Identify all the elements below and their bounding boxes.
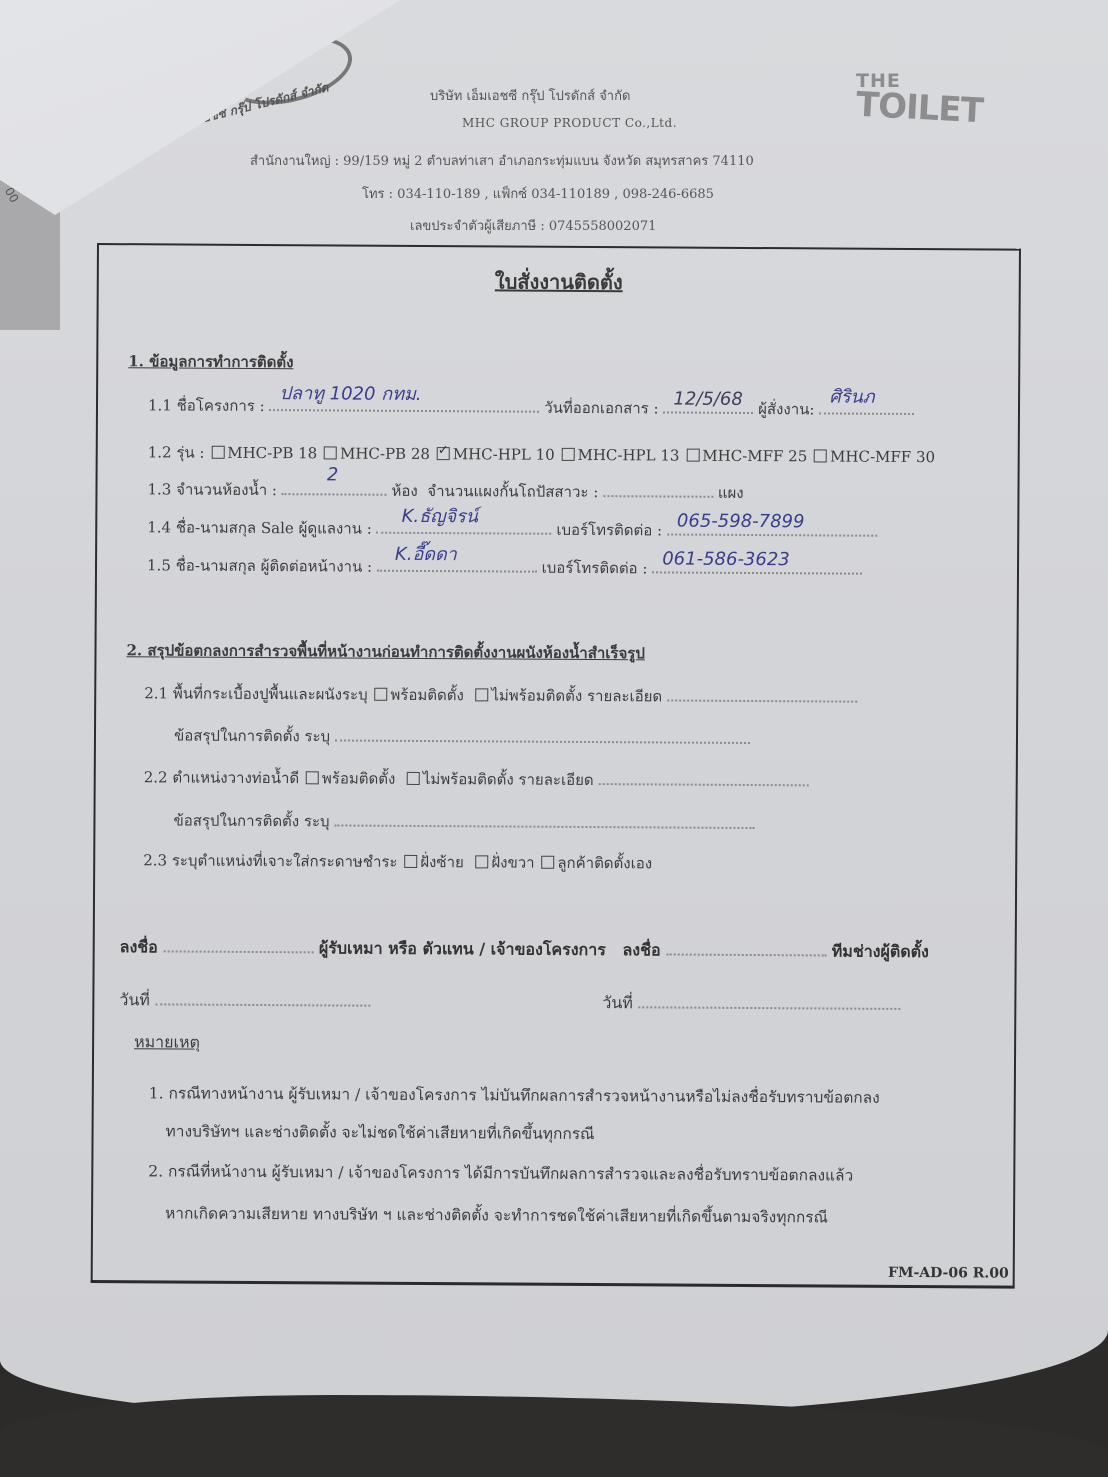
contractor-date-field[interactable] (155, 989, 370, 1006)
note-1-line-2: ทางบริษัทฯ และช่างติดตั้ง จะไม่ชดใช้ค่าเ… (166, 1118, 595, 1146)
ordered-by-field[interactable]: ศิรินภ (819, 398, 914, 415)
contact-name-field[interactable]: K.อี๊ดดา (377, 556, 537, 573)
form-frame: ใบสั่งงานติดตั้ง 1. ข้อมูลการทำการติดตั้… (91, 243, 1021, 1289)
model-option[interactable]: MHC-MFF 30 (812, 447, 935, 466)
section-2-heading: 2. สรุปข้อตกลงการสำรวจพื้นที่หน้างานก่อน… (126, 638, 645, 665)
contact-row: 1.5 ชื่อ-นามสกุล ผู้ติดต่อหน้างาน : K.อี… (147, 553, 862, 581)
date-row-right: วันที่ (602, 991, 900, 1018)
item-2-1-detail-field[interactable] (667, 685, 857, 702)
item-2-2-summary-row: ข้อสรุปในการติดตั้ง ระบุ (173, 808, 754, 836)
item-2-1-row: 2.1 พื้นที่กระเบื้องปูพื้นและผนังระบุ พร… (144, 681, 857, 709)
model-option[interactable]: MHC-HPL 10 (435, 445, 555, 464)
contact-phone-field[interactable]: 061-586-3623 (652, 557, 862, 574)
installer-signature-field[interactable] (666, 939, 826, 956)
company-address: สำนักงานใหญ่ : 99/159 หมู่ 2 ตำบลท่าเสา … (250, 150, 754, 171)
checkbox-left-side[interactable] (404, 855, 417, 868)
signature-row: ลงชื่อ ผู้รับเหมา หรือ ตัวแทน / เจ้าของโ… (120, 935, 929, 965)
model-option[interactable]: MHC-HPL 13 (559, 446, 679, 465)
company-phone: โทร : 034-110-189 , แฟ็กซ์ 034-110189 , … (362, 183, 714, 204)
item-2-2-row: 2.2 ตำแหน่งวางท่อน้ำดี พร้อมติดตั้ง ไม่พ… (144, 765, 809, 793)
model-option[interactable]: MHC-MFF 25 (684, 447, 807, 466)
item-2-2-summary-field[interactable] (334, 810, 754, 829)
note-2-line-1: 2. กรณีที่หน้างาน ผู้รับเหมา / เจ้าของโค… (148, 1158, 853, 1187)
form-code: FM-AD-06 R.00 (888, 1265, 1009, 1282)
sale-phone-field[interactable]: 065-598-7899 (667, 519, 877, 536)
project-name-row: 1.1 ชื่อโครงการ : ปลาทู 1020 กทม. วันที่… (148, 393, 914, 422)
brand-line-2: TOILET (855, 88, 983, 129)
desk-background (0, 1395, 1108, 1477)
note-1-line-1: 1. กรณีทางหน้างาน ผู้รับเหมา / เจ้าของโค… (149, 1080, 880, 1109)
checkbox-right-side[interactable] (475, 855, 488, 868)
model-option[interactable]: MHC-PB 28 (322, 444, 430, 463)
rooms-count-field[interactable]: 2 (282, 479, 387, 496)
contractor-signature-field[interactable] (163, 936, 313, 953)
item-2-2-detail-field[interactable] (598, 769, 808, 786)
sale-row: 1.4 ชื่อ-นามสกุล Sale ผู้ดูแลงาน : K.ธัญ… (147, 515, 877, 543)
checkbox-mhc-hpl-13[interactable] (561, 448, 574, 461)
model-row: 1.2 รุ่น : MHC-PB 18 MHC-PB 28 MHC-HPL 1… (148, 440, 936, 469)
checkbox-mhc-pb-28[interactable] (324, 446, 337, 459)
checkbox-mhc-hpl-10[interactable] (437, 447, 450, 460)
item-2-1-summary-row: ข้อสรุปในการติดตั้ง ระบุ (174, 723, 750, 751)
item-2-1-summary-field[interactable] (335, 725, 750, 744)
checkbox-2-1-not-ready[interactable] (475, 688, 488, 701)
checkbox-2-2-not-ready[interactable] (407, 772, 420, 785)
note-2-line-2: หากเกิดความเสียหาย ทางบริษัท ฯ และช่างติ… (165, 1200, 828, 1229)
project-name-field[interactable]: ปลาทู 1020 กทม. (269, 395, 539, 413)
section-1-heading: 1. ข้อมูลการทำการติดตั้ง (128, 349, 293, 374)
item-2-3-row: 2.3 ระบุตำแหน่งที่เจาะใส่กระดาษชำระ ฝั่ง… (143, 848, 652, 875)
issue-date-field[interactable]: 12/5/68 (663, 397, 753, 414)
checkbox-mhc-mff-25[interactable] (686, 449, 699, 462)
the-toilet-logo: THE TOILET (856, 72, 983, 125)
checkbox-2-1-ready[interactable] (374, 688, 387, 701)
model-option[interactable]: MHC-PB 18 (209, 444, 317, 463)
installer-date-field[interactable] (638, 992, 900, 1010)
notes-heading: หมายเหตุ (134, 1030, 200, 1055)
checkbox-mhc-mff-30[interactable] (814, 449, 827, 462)
checkbox-2-2-ready[interactable] (306, 771, 319, 784)
form-title: ใบสั่งงานติดตั้ง (99, 263, 1019, 301)
company-name-en: MHC GROUP PRODUCT Co.,Ltd. (462, 116, 677, 130)
company-tax-id: เลขประจำตัวผู้เสียภาษี : 0745558002071 (410, 215, 656, 236)
company-name-th: บริษัท เอ็มเอชซี กรุ๊ป โปรดักส์ จำกัด (430, 85, 630, 106)
sale-name-field[interactable]: K.ธัญจิรน์ (377, 518, 552, 535)
checkbox-mhc-pb-18[interactable] (211, 446, 224, 459)
checkbox-customer-installs[interactable] (541, 856, 554, 869)
date-row-left: วันที่ (119, 988, 370, 1015)
urinal-panel-count-field[interactable] (603, 481, 713, 498)
